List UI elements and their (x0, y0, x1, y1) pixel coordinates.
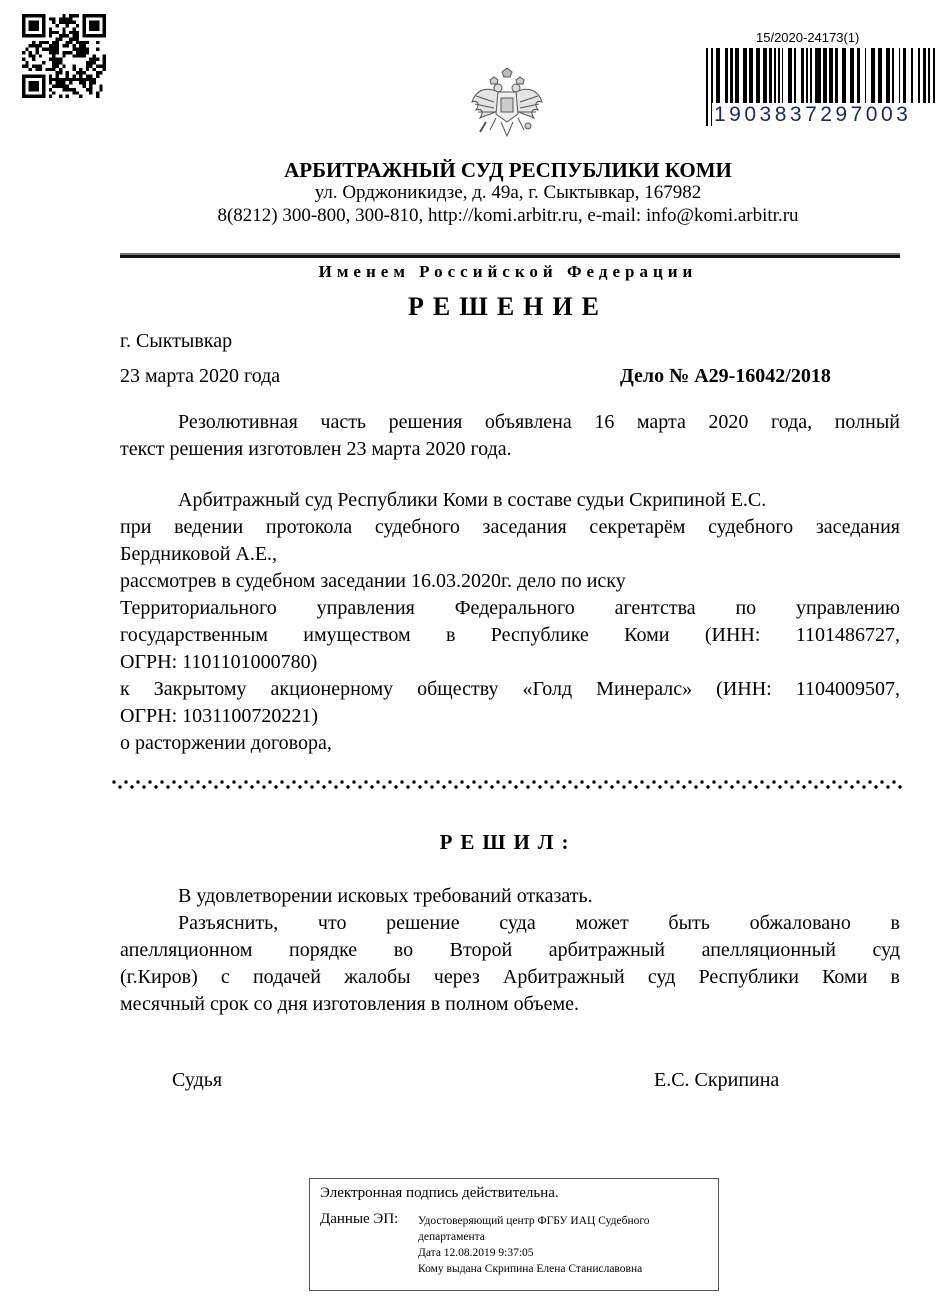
text-line: о расторжении договора, (120, 730, 900, 757)
resolution-notice-paragraph: Резолютивная часть решения объявлена 16 … (120, 409, 900, 463)
text-line: Территориального управления Федерального… (120, 595, 900, 622)
text-line: государственным имуществом в Республике … (120, 622, 900, 649)
signature-issuer-cont: департамента (418, 1229, 708, 1245)
electronic-signature-box: Электронная подпись действительна. Данны… (309, 1178, 719, 1291)
signature-details: Удостоверяющий центр ФГБУ ИАЦ Судебного … (418, 1213, 708, 1277)
court-contacts: 8(8212) 300-800, 300-810, http://komi.ar… (0, 205, 946, 227)
text-line: к Закрытому акционерному обществу «Голд … (120, 676, 900, 703)
court-composition-paragraph: Арбитражный суд Республики Коми в состав… (120, 487, 900, 757)
court-address: ул. Орджоникидзе, д. 49а, г. Сыктывкар, … (0, 182, 946, 204)
text-line: месячный срок со дня изготовления в полн… (120, 991, 900, 1018)
text-line: ОГРН: 1031100720221) (120, 703, 900, 730)
text-line: рассмотрев в судебном заседании 16.03.20… (120, 568, 900, 595)
barcode-caption: 15/2020-24173(1) (756, 30, 936, 45)
judge-label: Судья (172, 1067, 222, 1094)
document-title: РЕШЕНИЕ (0, 292, 946, 322)
barcode-digits: 1903837297003 (712, 103, 936, 127)
text-line: текст решения изготовлен 23 марта 2020 г… (120, 436, 900, 463)
text-line: апелляционном порядке во Второй арбитраж… (120, 937, 900, 964)
text-line: Разъяснить, что решение суда может быть … (120, 910, 900, 937)
text-line: (г.Киров) с подачей жалобы через Арбитра… (120, 964, 900, 991)
text-line: ОГРН: 1101101000780) (120, 649, 900, 676)
text-line: Резолютивная часть решения объявлена 16 … (120, 409, 900, 436)
header-divider (120, 253, 900, 258)
text-line: Арбитражный суд Республики Коми в состав… (120, 487, 900, 514)
signature-issuer: Удостоверяющий центр ФГБУ ИАЦ Судебного (418, 1213, 708, 1229)
text-line: Бердниковой А.Е., (120, 541, 900, 568)
city: г. Сыктывкар (120, 328, 232, 355)
court-name: АРБИТРАЖНЫЙ СУД РЕСПУБЛИКИ КОМИ (0, 158, 946, 183)
text-line: В удовлетворении исковых требований отка… (120, 883, 900, 910)
text-line: при ведении протокола судебного заседани… (120, 514, 900, 541)
in-the-name-heading: Именем Российской Федерации (0, 262, 946, 282)
signature-data-label: Данные ЭП: (320, 1211, 398, 1228)
qr-code-icon (22, 14, 106, 98)
russian-coat-of-arms-icon (468, 66, 546, 144)
signature-owner: Кому выдана Скрипина Елена Станиславовна (418, 1261, 708, 1277)
omitted-text-separator (108, 778, 908, 792)
signature-date: Дата 12.08.2019 9:37:05 (418, 1245, 708, 1261)
decision-date: 23 марта 2020 года (120, 363, 280, 390)
judge-name: Е.С. Скрипина (654, 1067, 779, 1094)
decision-paragraph: В удовлетворении исковых требований отка… (120, 883, 900, 1018)
case-number: Дело № А29-16042/2018 (620, 363, 831, 390)
signature-status: Электронная подпись действительна. (320, 1185, 559, 1202)
decided-heading: РЕШИЛ: (0, 830, 946, 855)
